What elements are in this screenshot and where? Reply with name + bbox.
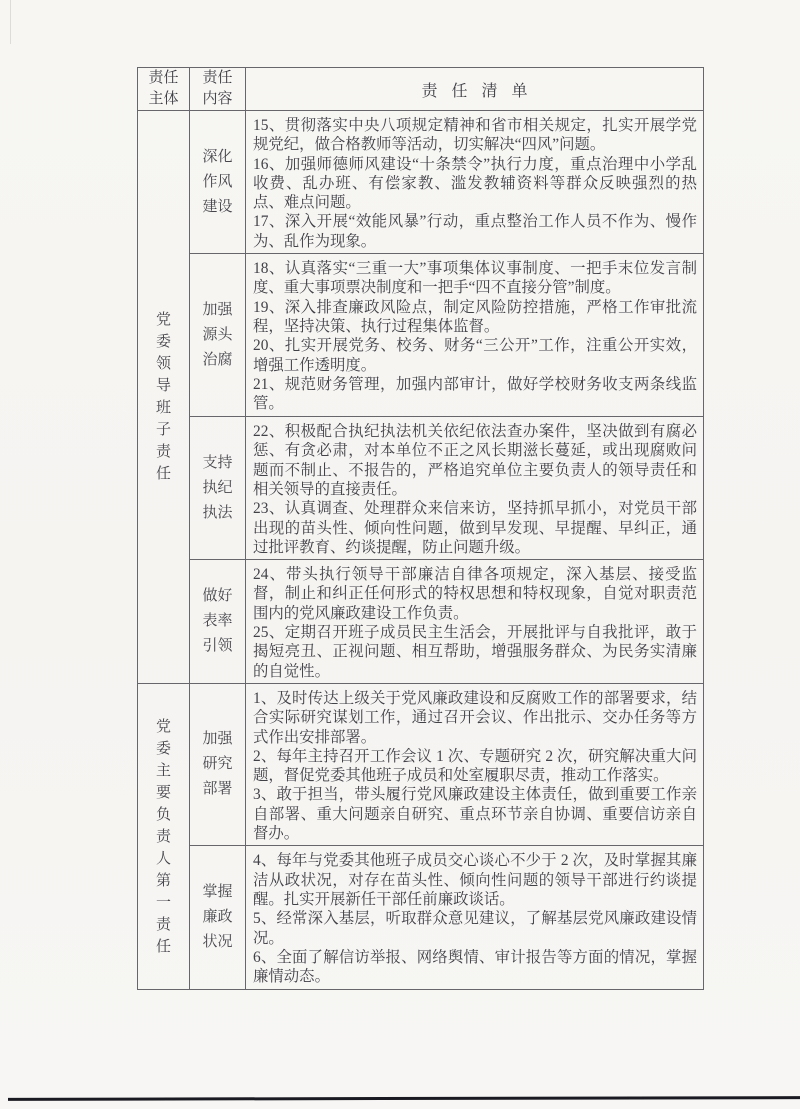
- header-list-cell: 责任清单: [246, 68, 704, 111]
- list-item: 6、全面了解信访举报、网络舆情、审计报告等方面的情况，掌握廉情动态。: [253, 948, 697, 987]
- content-label: 深化作风建设: [201, 145, 234, 220]
- list-item: 18、认真落实“三重一大”事项集体议事制度、一把手末位发言制度、重大事项票决制度…: [253, 259, 697, 298]
- header-content-cell: 责任内容: [190, 68, 246, 111]
- list-item: 2、每年主持召开工作会议 1 次、专题研究 2 次，研究解决重大问题，督促党委其…: [253, 747, 697, 786]
- list-item: 15、贯彻落实中央八项规定精神和省市相关规定，扎实开展学党规党纪，做合格教师等活…: [253, 116, 697, 155]
- content-cell-integrity-status: 掌握廉政状况: [190, 846, 246, 990]
- scanned-page: 责任主体 责任内容 责任清单 党委领导班子责任 深化作风建设 15、贯彻落实中央…: [0, 0, 800, 1109]
- table-row: 支持执纪执法 22、积极配合执纪执法机关依纪依法查办案件，坚决做到有腐必惩、有贪…: [138, 417, 704, 560]
- items-cell: 22、积极配合执纪执法机关依纪依法查办案件，坚决做到有腐必惩、有贪必肃，对本单位…: [246, 417, 704, 560]
- items-cell: 15、贯彻落实中央八项规定精神和省市相关规定，扎实开展学党规党纪，做合格教师等活…: [246, 111, 704, 254]
- list-item: 21、规范财务管理，加强内部审计，做好学校财务收支两条线监管。: [253, 375, 697, 414]
- items-cell: 4、每年与党委其他班子成员交心谈心不少于 2 次，及时掌握其廉洁从政状况，对存在…: [246, 846, 704, 990]
- list-item: 16、加强师德师风建设“十条禁令”执行力度，重点治理中小学乱收费、乱办班、有偿家…: [253, 155, 697, 213]
- table-row: 党委领导班子责任 深化作风建设 15、贯彻落实中央八项规定精神和省市相关规定，扎…: [138, 111, 704, 254]
- table-row: 党委主要负责人第一责任 加强研究部署 1、及时传达上级关于党风廉政建设和反腐败工…: [138, 683, 704, 845]
- items-cell: 1、及时传达上级关于党风廉政建设和反腐败工作的部署要求，结合实际研究谋划工作，通…: [246, 683, 704, 845]
- list-item: 22、积极配合执纪执法机关依纪依法查办案件，坚决做到有腐必惩、有贪必肃，对本单位…: [253, 422, 697, 499]
- content-label: 做好表率引领: [201, 584, 234, 659]
- header-subject-cell: 责任主体: [138, 68, 190, 111]
- list-item: 24、带头执行领导干部廉洁自律各项规定，深入基层、接受监督，制止和纠正任何形式的…: [253, 565, 697, 623]
- content-cell-research-deploy: 加强研究部署: [190, 683, 246, 845]
- content-label: 掌握廉政状况: [201, 880, 234, 955]
- items-cell: 24、带头执行领导干部廉洁自律各项规定，深入基层、接受监督，制止和纠正任何形式的…: [246, 560, 704, 684]
- items-cell: 18、认真落实“三重一大”事项集体议事制度、一把手末位发言制度、重大事项票决制度…: [246, 254, 704, 417]
- list-item: 5、经常深入基层，听取群众意见建议，了解基层党风廉政建设情况。: [253, 909, 697, 948]
- list-item: 25、定期召开班子成员民主生活会，开展批评与自我批评，敢于揭短亮丑、正视问题、相…: [253, 623, 697, 681]
- content-label: 加强研究部署: [201, 727, 234, 802]
- content-label: 支持执纪执法: [201, 451, 234, 526]
- table-header-row: 责任主体 责任内容 责任清单: [138, 68, 704, 111]
- list-item: 17、深入开展“效能风暴”行动，重点整治工作人员不作为、慢作为、乱作为现象。: [253, 212, 697, 251]
- scan-edge-bottom: [8, 1096, 800, 1101]
- content-cell-discipline-enforcement: 支持执纪执法: [190, 417, 246, 560]
- list-item: 23、认真调查、处理群众来信来访，坚持抓早抓小，对党员干部出现的苗头性、倾向性问…: [253, 499, 697, 557]
- scan-edge-left: [10, 0, 11, 44]
- list-item: 1、及时传达上级关于党风廉政建设和反腐败工作的部署要求，结合实际研究谋划工作，通…: [253, 689, 697, 747]
- content-label: 加强源头治腐: [201, 298, 234, 373]
- subject-cell-leadership: 党委领导班子责任: [138, 111, 190, 684]
- list-item: 20、扎实开展党务、校务、财务“三公开”工作，注重公开实效，增强工作透明度。: [253, 336, 697, 375]
- content-cell-exemplary-lead: 做好表率引领: [190, 560, 246, 684]
- content-cell-source-control: 加强源头治腐: [190, 254, 246, 417]
- table-row: 做好表率引领 24、带头执行领导干部廉洁自律各项规定，深入基层、接受监督，制止和…: [138, 560, 704, 684]
- table-row: 加强源头治腐 18、认真落实“三重一大”事项集体议事制度、一把手末位发言制度、重…: [138, 254, 704, 417]
- header-content-label: 责任内容: [202, 68, 234, 110]
- subject-cell-principal: 党委主要负责人第一责任: [138, 683, 190, 989]
- header-subject-label: 责任主体: [148, 68, 180, 110]
- list-item: 19、深入排查廉政风险点，制定风险防控措施，严格工作审批流程，坚持决策、执行过程…: [253, 298, 697, 337]
- header-list-label: 责任清单: [246, 78, 703, 101]
- table-row: 掌握廉政状况 4、每年与党委其他班子成员交心谈心不少于 2 次，及时掌握其廉洁从…: [138, 846, 704, 990]
- subject-label: 党委领导班子责任: [155, 309, 172, 485]
- list-item: 3、敢于担当，带头履行党风廉政建设主体责任，做到重要工作亲自部署、重大问题亲自研…: [253, 785, 697, 843]
- responsibility-table: 责任主体 责任内容 责任清单 党委领导班子责任 深化作风建设 15、贯彻落实中央…: [137, 67, 704, 990]
- content-cell-workstyle: 深化作风建设: [190, 111, 246, 254]
- subject-label: 党委主要负责人第一责任: [155, 716, 172, 958]
- list-item: 4、每年与党委其他班子成员交心谈心不少于 2 次，及时掌握其廉洁从政状况，对存在…: [253, 851, 697, 909]
